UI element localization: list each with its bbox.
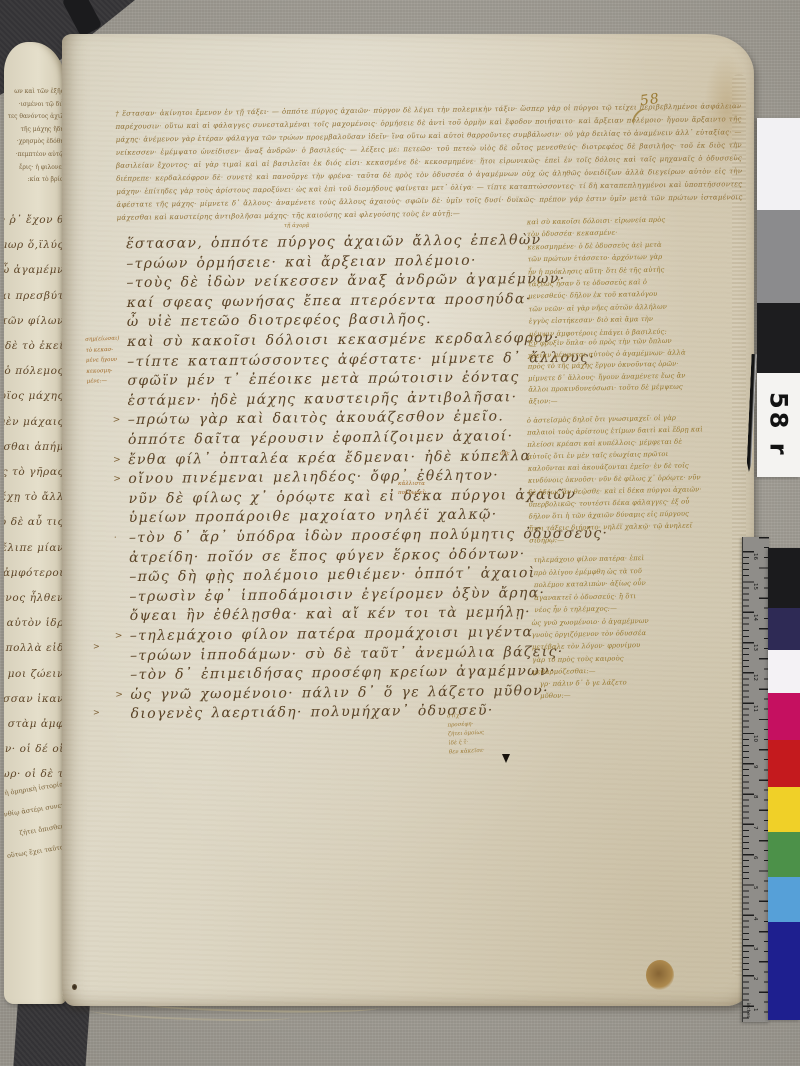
ruler-number: 12 [752, 674, 758, 681]
main-text-line: ὄψεαι ἢν ἐθέλῃσθα· καὶ αἴ κέν τοι τὰ μεμ… [130, 605, 531, 625]
prev-folio-line: πεμπτέον αὐτῷ· [16, 151, 64, 158]
ruler-number: 14 [752, 614, 758, 621]
color-patch [768, 877, 800, 922]
prev-folio-line: λόμωρ ὅ,ϊλύς· [4, 239, 64, 251]
calibration-white [757, 118, 800, 210]
parchment-discoloration [704, 52, 750, 162]
bottom-scholion-note: στίχ:προσέφη·ζήτει ὁμοίωςἰδὲ ς̄ τ̄·θεν κ… [447, 709, 509, 757]
marginal-siglum: ση: [500, 450, 510, 457]
prev-folio-line: ειν ὦ πολλὰ εἰδ [4, 642, 64, 654]
diple-mark: · [114, 533, 118, 543]
prev-folio-line: δ᾽ ἔθει αὐτὸν ἱδρ [4, 617, 64, 629]
main-text-line: ὡς γνῶ χωομένοιο· πάλιν δ᾽ ὅ γε λάζετο μ… [130, 683, 549, 703]
ruler-unit-label: inches [745, 1003, 750, 1018]
arrow-mark [502, 754, 510, 763]
ruler-number: 1 [752, 1008, 758, 1012]
ruler-number: 13 [752, 644, 758, 651]
diple-mark: > [115, 631, 124, 641]
shelfmark-text: 58 r [765, 392, 793, 458]
prev-folio-line: ισμένοι τῷ διῒ· [19, 101, 64, 108]
prev-folio-line: ειν ὦ ἀγαμέμν [4, 264, 64, 276]
prev-folio-line: τῆς μάχης ἤδη [21, 126, 64, 133]
prev-folio-line: τες θανόντος ἀχιλ [8, 113, 64, 120]
prev-folio-line: ζήτει ὄπισθεν [19, 822, 65, 837]
color-patch [768, 740, 800, 787]
prev-folio-line: ων καὶ τῶν ἑξῆς [14, 88, 64, 95]
previous-folio-edge: ων καὶ τῶν ἑξῆςισμένοι τῷ διῒ·τες θανόντ… [4, 42, 66, 1004]
ruler-number: 5 [752, 886, 758, 890]
ruler-number: 2 [752, 977, 758, 981]
right-scholion-block: ὁ ἀστεϊσμὸς δηλοῖ ὅτι γνωσιμαχεῖ· οἱ γὰρ… [527, 411, 706, 546]
prev-folio-line: χρησμὸς ἐδόθη· [17, 138, 64, 145]
grayscale-calibration-strip: 58 r [757, 118, 800, 477]
main-text-line: ἕστασαν, ὁππότε πύργος ἀχαιῶν ἄλλος ἐπελ… [126, 232, 542, 252]
color-patch [768, 832, 800, 877]
prev-folio-line: ὁ τρώϊος μάχης [4, 390, 64, 402]
main-text-line: –τοὺς δὲ ἰδὼν νείκεσσεν ἄναξ ἀνδρῶν ἀγαμ… [126, 271, 565, 291]
prev-folio-line: θεὶς θάλασσαν ἱκαν [4, 693, 64, 705]
color-patch [768, 608, 800, 650]
main-text-iliad: ἕστασαν, ὁππότε πύργος ἀχαιῶν ἄλλος ἐπελ… [126, 232, 556, 236]
main-text-line: –τρωσὶν ἐφ᾽ ἱπποδάμοισιν ἐγείρομεν ὀξὺν … [129, 585, 545, 605]
main-text-line: –πρώτω γὰρ καὶ δαιτὸς ἀκουάζεσθον ἐμεῖο.… [128, 409, 505, 429]
prev-folio-line: σθαι ἀπήμ· [4, 441, 64, 453]
main-text-line: καὶ σὺ κακοῖσι δόλοισι κεκασμένε κερδαλε… [127, 330, 560, 350]
parchment-stain [646, 960, 674, 990]
ruler-number: 15 [752, 583, 758, 590]
bottom-note-line: θεν κἀκεῖσε· [449, 745, 509, 757]
manuscript-page-58r: 58 † ἕστασαν· ἀκίνητοι ἔμενον ἐν τῇ τάξε… [62, 34, 754, 1006]
prev-folio-line: ωρ· οἱ δὲ τ᾽ [4, 768, 64, 780]
ruler-number: 9 [752, 765, 758, 769]
left-margin-note-line: μένε:— [87, 375, 133, 387]
top-scholia-block: † ἕστασαν· ἀκίνητοι ἔμενον ἐν τῇ τάξει· … [115, 100, 742, 225]
prev-folio-line: γρ· καὶ ἡ ὁμηρικὴ ἱστορία [4, 780, 65, 801]
ruler-number: 7 [752, 826, 758, 830]
prev-folio-line: θαι· ὁ δὲ αὖ τις [4, 516, 64, 528]
prev-folio-line: μὴ ἔτι μοι ζώειν [4, 668, 64, 680]
prev-folio-line: μηδὲ τὸ ἐκεί [4, 340, 64, 352]
prev-folio-line: ωνίδης ὁ στὰμ ἀμφ [4, 718, 64, 730]
main-text-line: –πῶς δὴ φῂς πολέμοιο μεθιέμεν· ὁππότ᾽ ἀχ… [129, 565, 535, 585]
right-scholion-block: καὶ σὺ κακοῖσι δόλοισι· εἰρωνεία πρὸς τὸ… [527, 214, 670, 353]
ruler: 16151413121110987654321 inches [742, 537, 769, 1022]
left-margin-note: σημ(είωσαι)τὸ κεκασ-μένε ἤγουνκεκοσμη-μέ… [85, 333, 133, 387]
right-scholion-block: ὡς γνῶ χωομένοιο· ὁ ἀγαμέμνων γνοὺς ὀργι… [531, 615, 654, 678]
ruler-number: 10 [752, 735, 758, 742]
prev-folio-line: θηται πρεσβύτ [4, 290, 64, 302]
diple-mark: > [113, 474, 122, 484]
marginal-gloss: κἄλλισταπολυωρεῖ· [398, 480, 458, 497]
prev-folio-line: σαν ἀμφότεροι [4, 567, 64, 579]
ruler-number: 8 [752, 795, 758, 799]
ruler-number: 11 [752, 705, 758, 712]
main-text-line: σφῶϊν μέν τ᾽ ἐπέοικε μετὰ πρώτοισιν ἐόντ… [127, 369, 519, 389]
main-text-line: ἔνθα φίλ᾽ ὀπταλέα κρέα ἔδμεναι· ἠδὲ κύπε… [128, 448, 531, 468]
main-text-line: ἀτρείδη· ποῖόν σε ἔπος φύγεν ἕρκος ὀδόντ… [129, 546, 526, 566]
ruler-number: 3 [752, 947, 758, 951]
diple-mark: > [113, 455, 122, 465]
prev-folio-line: ος ὁ πόλεμος [4, 365, 64, 377]
prev-folio-line: εἰ δ᾽ οὕτως ἔχει ταῦτα· [4, 843, 65, 863]
shelfmark-tab: 58 r [757, 373, 800, 477]
main-text-line: ὦ υἱὲ πετεῶο διοτρεφέος βασιλῆος. [127, 312, 432, 331]
prev-folio-line: καὶ ὣς τὸ γῆρας [4, 466, 64, 478]
right-scholion-block: Ἐν φρυξὶν ὅπλα· οὐ πρὸς τὴν τῶν ὅπλων χρ… [527, 335, 696, 408]
color-patch [768, 548, 800, 608]
main-text-line: διογενὲς λαερτιάδη· πολυμήχαν᾽ ὀδυσσεῦ· [131, 703, 494, 722]
main-text-line: ὑμείων προπάροιθε μαχοίατο νηλέϊ χαλκῷ· [129, 507, 498, 527]
diple-mark: > [115, 690, 124, 700]
manuscript-photo: ων καὶ τῶν ἑξῆςισμένοι τῷ διῒ·τες θανόντ… [0, 0, 800, 1066]
calibration-black [757, 303, 800, 373]
main-text-line: –τρώων ὁρμήσειε· καὶ ἄρξειαν πολέμοιο· [126, 252, 477, 271]
prev-folio-line: μελανθίῳ ἀστέρι συνετ [4, 801, 65, 821]
right-scholion-block: τηλεμάχοιο φίλον πατέρα· ἐπεὶ πρὸ ὀλίγου… [533, 552, 652, 617]
calibration-gray [757, 210, 800, 303]
prev-folio-line: αι· ἦ μὲν μάχαις [4, 416, 64, 428]
ruler-number: 4 [752, 917, 758, 921]
gutter-diple: > [93, 642, 100, 651]
color-patch [768, 693, 800, 740]
color-patch [768, 787, 800, 832]
prev-folio-line: ρας ἔχῃ τὸ ἄλλ [4, 491, 64, 503]
prev-folio-line: χαίων· οἱ δέ οἱ [4, 743, 64, 755]
ruler-number: 6 [752, 856, 758, 860]
marginal-gloss-line: κἄλλιστα [398, 480, 458, 489]
prev-folio-line: βῶν ἔλιπε μίαν [4, 542, 64, 554]
color-patch [768, 650, 800, 693]
main-text-line: –τρώων ἱπποδάμων· σὺ δὲ ταῦτ᾽ ἀνεμώλια β… [130, 643, 564, 663]
ruler-number: 16 [752, 553, 758, 560]
wormhole [72, 984, 77, 990]
interlinear-gloss: τῇ ἀγορᾷ [284, 223, 309, 229]
main-text-line: ὁππότε δαῖτα γέρουσιν ἐφοπλίζοιμεν ἀχαιο… [128, 428, 514, 448]
gutter-diple: > [93, 708, 100, 717]
color-calibration-patches [768, 548, 800, 1020]
main-text-line: καί σφεας φωνήσας ἔπεα πτερόεντα προσηύδ… [127, 291, 532, 311]
prev-folio-line: μενος ἦλθεν [4, 592, 64, 604]
prev-folio-line: ἔρις· ἡ φιλονει [19, 164, 64, 171]
main-text-line: νῦν δὲ φίλως χ᾽ ὁρόῳτε καὶ εἰ δέκα πύργο… [128, 487, 576, 507]
prev-folio-line: ξαν ῥ᾽ ἔχον θ᾽ [4, 214, 64, 226]
main-text-line: –τίπτε καταπτώσσοντες ἀφέστατε· μίμνετε … [127, 349, 595, 369]
main-text-line: ἑστάμεν· ἠδὲ μάχης καυστειρῆς ἀντιβολῆσα… [128, 389, 518, 409]
main-text-line: –τηλεμάχοιο φίλον πατέρα προμάχοισι μιγέ… [130, 624, 534, 644]
right-scholion-block: γρ· πάλιν δ᾽ ὅ γε λάζετο μῦθον:— [540, 676, 652, 702]
prev-folio-line: τῶν φίλων. [4, 315, 64, 327]
main-text-line: –τὸν δ᾽ ἐπιμειδήσας προσέφη κρείων ἀγαμέ… [130, 663, 556, 683]
marginal-gloss-line: πολυωρεῖ· [398, 489, 458, 498]
prev-folio-line: κία τὸ βρίσ: [28, 176, 64, 183]
diple-mark: > [113, 416, 122, 426]
color-patch [768, 922, 800, 1020]
